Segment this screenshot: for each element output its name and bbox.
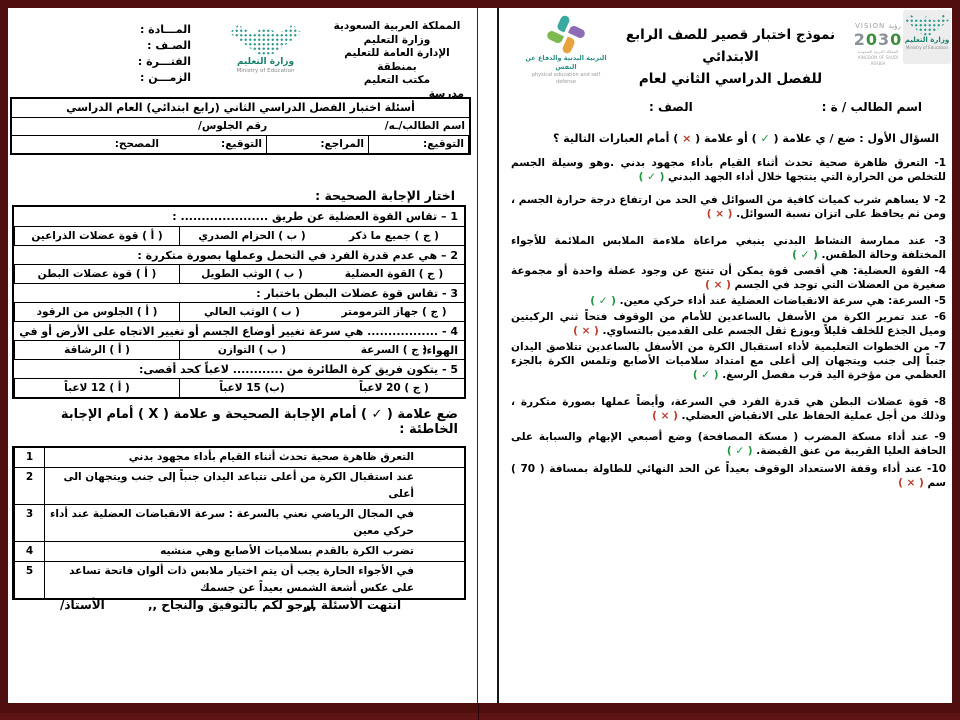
item-number: 7- xyxy=(934,341,946,353)
statement-text: تضرب الكرة بالقدم بسلاميات الأصابع وهي م… xyxy=(44,542,420,561)
item-number: 4- xyxy=(934,265,946,277)
vision-2030-logo: VISION رؤية 2030 المملكة العربية السعودي… xyxy=(851,22,905,67)
mcq-option-a: ( أ ) 12 لاعباً xyxy=(14,379,179,397)
administration-line: الإدارة العامة للتعليم بمنطقة xyxy=(326,47,468,74)
mcq-options-row: ( أ ) الجلوس من الرقود ( ب ) الوثب العال… xyxy=(14,302,464,321)
answer-cell xyxy=(420,448,464,467)
left-page-right-border xyxy=(477,8,478,703)
exam-document-screenshot: { "colors": { "check": "#1e9640", "cross… xyxy=(0,0,960,720)
signature-label-2: التوقيع: xyxy=(369,136,469,153)
good-luck-text: ارجو لكم بالتوفيق والنجاح ,, xyxy=(148,598,314,612)
left-header-fields: المـــادة : الصـف : الفتـــرة : الزمـــن… xyxy=(103,22,191,86)
ministry-logo-arabic: وزارة التعليم xyxy=(903,36,951,45)
answer-mark: ( × ) xyxy=(652,410,678,422)
statement-text: في المجال الرياضي نعني بالسرعة : سرعة ال… xyxy=(44,505,420,541)
item-text: عند أداء وقفة الاستعداد الوقوف بعيداً عن… xyxy=(511,463,946,489)
mcq-question: 3 - تقاس قوة عضلات البطن باختبار : xyxy=(14,283,464,302)
q1-pre: السؤال الأول : ضع / ي علامة ( xyxy=(770,132,939,145)
row-number: 5 xyxy=(14,562,44,598)
statement-item: 4- القوة العضلية: هي أقصى قوة يمكن أن تن… xyxy=(511,264,946,292)
bottom-frame-strip xyxy=(0,713,960,720)
period-field-label: الفتـــرة : xyxy=(103,54,191,70)
mcq-question: 1 – تقاس القوة العضلية عن طريق .........… xyxy=(14,207,464,226)
student-name-label: اسم الطالب/ـه/ xyxy=(385,118,465,135)
answer-mark: ( × ) xyxy=(898,477,924,489)
item-number: 8- xyxy=(934,396,946,408)
mcq-option-a: ( أ ) قوة عضلات الذراعين xyxy=(14,227,179,245)
item-text: التعرق ظاهرة صحية تحدث أثناء القيام بأدا… xyxy=(511,157,946,183)
student-name-label: اسم الطالب / ة : xyxy=(822,100,922,114)
statement-item: 10- عند أداء وقفة الاستعداد الوقوف بعيدا… xyxy=(511,462,946,490)
row-number: 1 xyxy=(14,448,44,467)
mcq-question: 5 - يتكون فريق كرة الطائرة من ..........… xyxy=(14,359,464,378)
item-text: قوة عضلات البطن هي قدرة الفرد في السرعة،… xyxy=(511,396,946,422)
mcq-option-c: ( ج ) جميع ما ذكر xyxy=(324,227,464,245)
truefalse-row: 2 عند استقبال الكرة من أعلى تتباعد اليدا… xyxy=(14,467,464,504)
education-office-line: مكتب التعليم xyxy=(326,74,468,88)
answer-cell xyxy=(420,542,464,561)
mcq-option-b: (ب) 15 لاعباً xyxy=(179,379,324,397)
subject-field-label: المـــادة : xyxy=(103,22,191,38)
document-sheet: المـــادة : الصـف : الفتـــرة : الزمـــن… xyxy=(8,8,952,703)
q1-post: ) أمام العبارات التالية ؟ xyxy=(553,132,682,145)
item-number: 5- xyxy=(934,295,946,307)
statement-text: التعرق ظاهرة صحية تحدث أثناء القيام بأدا… xyxy=(44,448,420,467)
mcq-options-row: ( أ ) 12 لاعباً (ب) 15 لاعباً ( ج ) 20 ل… xyxy=(14,378,464,397)
mcq-option-a: ( أ ) الجلوس من الرقود xyxy=(14,303,179,321)
kingdom-header-block: المملكة العربية السعودية وزارة التعليم ا… xyxy=(326,20,468,101)
statement-item: 8- قوة عضلات البطن هي قدرة الفرد في السر… xyxy=(511,395,946,423)
answer-mark: ( ✓ ) xyxy=(639,171,665,183)
mcq-option-c: ( ج ) جهاز الترمومتر xyxy=(324,303,464,321)
truefalse-row: 4 تضرب الكرة بالقدم بسلاميات الأصابع وهي… xyxy=(14,541,464,561)
item-number: 2- xyxy=(934,194,946,206)
statement-item: 6- عند تمرير الكرة من الأسفل بالساعدين ل… xyxy=(511,310,946,338)
row-number: 3 xyxy=(14,505,44,541)
left-page-footer: انتهت الأسئلة ,,, ارجو لكم بالتوفيق والن… xyxy=(8,598,460,618)
statement-item: 1- التعرق ظاهرة صحية تحدث أثناء القيام ب… xyxy=(511,156,946,184)
answer-mark: ( ✓ ) xyxy=(693,369,719,381)
mcq-option-a: ( أ ) الرشاقة xyxy=(14,341,179,359)
statement-item: 2- لا يساهم شرب كميات كافية من السوائل ف… xyxy=(511,193,946,221)
mcq-option-b: ( ب ) الوثب الطويل xyxy=(179,265,324,283)
ministry-logo-arabic: وزارة التعليم xyxy=(208,56,323,68)
signature-label-1: التوقيع: xyxy=(163,136,267,153)
item-text: السرعة: هي سرعة الانقباضات العضلية عند أ… xyxy=(620,295,931,307)
vision-logo-caption: المملكة العربية السعودية KINGDOM OF SAUD… xyxy=(851,49,905,67)
right-page: التربية البدنية والدفاع عن النفس physica… xyxy=(499,8,952,703)
pe-pinwheel-icon xyxy=(547,16,585,54)
item-text: من الخطوات التعليمية لأداء استقبال الكرة… xyxy=(511,341,946,381)
ministry-logo-right: وزارة التعليم Ministry of Education xyxy=(903,10,951,64)
vision-logo-year: 2030 xyxy=(851,31,905,49)
item-text: عند ممارسة النشاط البدني ينبغي مراعاة مل… xyxy=(511,235,946,261)
mcq-options-row: ( أ ) قوة عضلات البطن ( ب ) الوثب الطويل… xyxy=(14,264,464,283)
truefalse-section-heading: ضع علامة ( ✓ ) أمام الإجابة الصحيحة و عل… xyxy=(8,407,458,437)
item-number: 3- xyxy=(934,235,946,247)
mcq-section-heading: اختار الإجابة الصحيحة : xyxy=(8,188,455,203)
ministry-logo-english: Ministry of Education xyxy=(208,68,323,75)
physical-education-logo: التربية البدنية والدفاع عن النفس physica… xyxy=(523,16,609,86)
q1-mid: ) أو علامة ( xyxy=(691,132,760,145)
pe-logo-english: physical education and self defense xyxy=(523,72,609,86)
ministry-emblem-icon xyxy=(905,14,949,36)
row-number: 2 xyxy=(14,468,44,504)
mcq-option-c: ( ج ) القوة العضلية xyxy=(324,265,464,283)
truefalse-row: 1 التعرق ظاهرة صحية تحدث أثناء القيام بأ… xyxy=(14,448,464,467)
grade-field-label: الصـف : xyxy=(103,38,191,54)
item-number: 10- xyxy=(927,463,946,475)
item-number: 9- xyxy=(934,431,946,443)
row-number: 4 xyxy=(14,542,44,561)
quiz-title-line1: نموذج اختبار قصير للصف الرابع الابتدائي xyxy=(608,24,853,68)
mcq-table: 1 – تقاس القوة العضلية عن طريق .........… xyxy=(12,205,466,399)
pe-logo-arabic: التربية البدنية والدفاع عن النفس xyxy=(523,54,609,72)
mcq-question: 2 – هي عدم قدرة الفرد في التحمل وعملها ب… xyxy=(14,245,464,264)
class-label: الصف : xyxy=(649,100,693,114)
statement-text: في الأجواء الحارة يجب أن يتم اختيار ملاب… xyxy=(44,562,420,598)
check-mark-icon: ✓ xyxy=(760,132,769,145)
statement-item: 7- من الخطوات التعليمية لأداء استقبال ال… xyxy=(511,340,946,382)
mcq-option-c: ( ج ) 20 لاعباً xyxy=(324,379,464,397)
reviewer-label: المراجع: xyxy=(267,136,369,153)
answer-mark: ( ✓ ) xyxy=(727,445,753,457)
mcq-question: 4 - ................. هي سرعة تغيير أوضا… xyxy=(14,321,464,340)
ministry-logo: وزارة التعليم Ministry of Education xyxy=(208,24,323,75)
statement-item: 5- السرعة: هي سرعة الانقباضات العضلية عن… xyxy=(511,294,946,308)
answer-mark: ( × ) xyxy=(707,208,733,220)
exam-info-table: أسئلة اختبار الفصل الدراسي الثاني (رابع … xyxy=(10,97,471,155)
statement-text: عند استقبال الكرة من أعلى تتباعد اليدان … xyxy=(44,468,420,504)
corrector-label: المصحح: xyxy=(12,136,163,153)
mcq-option-c: ( ج ) السرعة xyxy=(324,341,464,359)
ministry-line: وزارة التعليم xyxy=(326,34,468,48)
statement-item: 9- عند أداء مسكة المضرب ( مسكة المصافحة)… xyxy=(511,430,946,458)
questions-ended-text: انتهت الأسئلة ,,, xyxy=(303,598,401,612)
ministry-logo-english: Ministry of Education xyxy=(903,45,951,50)
seat-number-label: رقم الجلوس/ xyxy=(198,118,267,135)
truefalse-table: 1 التعرق ظاهرة صحية تحدث أثناء القيام بأ… xyxy=(12,446,466,600)
statement-item: 3- عند ممارسة النشاط البدني ينبغي مراعاة… xyxy=(511,234,946,262)
time-field-label: الزمـــن : xyxy=(103,70,191,86)
question-one-heading: السؤال الأول : ضع / ي علامة ( ✓ ) أو علا… xyxy=(499,132,939,145)
mcq-option-b: ( ب ) الوثب العالي xyxy=(179,303,324,321)
answer-cell xyxy=(420,505,464,541)
cross-mark-icon: × xyxy=(682,132,691,145)
exam-title: أسئلة اختبار الفصل الدراسي الثاني (رابع … xyxy=(12,99,469,117)
ministry-emblem-icon xyxy=(230,24,302,56)
answer-cell xyxy=(420,468,464,504)
statements-list: 1- التعرق ظاهرة صحية تحدث أثناء القيام ب… xyxy=(511,156,946,496)
page-divider-tail xyxy=(478,703,479,720)
mcq-option-a: ( أ ) قوة عضلات البطن xyxy=(14,265,179,283)
answer-mark: ( ✓ ) xyxy=(590,295,616,307)
answer-mark: ( ✓ ) xyxy=(792,249,818,261)
student-info-line: اسم الطالب / ة : الصف : xyxy=(499,100,944,116)
item-number: 6- xyxy=(934,311,946,323)
answer-cell xyxy=(420,562,464,598)
kingdom-line: المملكة العربية السعودية xyxy=(326,20,468,34)
quiz-title: نموذج اختبار قصير للصف الرابع الابتدائي … xyxy=(608,24,853,90)
mcq-option-b: ( ب ) التوازن xyxy=(179,341,324,359)
truefalse-row: 5 في الأجواء الحارة يجب أن يتم اختيار مل… xyxy=(14,561,464,598)
teacher-label: الأستاذ/ xyxy=(60,598,105,612)
item-number: 1- xyxy=(934,157,946,169)
student-info-row: اسم الطالب/ـه/ رقم الجلوس/ xyxy=(12,117,469,135)
corrector-row: المصحح: التوقيع: المراجع: التوقيع: xyxy=(12,135,469,153)
quiz-title-line2: للفصل الدراسي الثاني لعام xyxy=(608,68,853,90)
mcq-options-row: ( أ ) قوة عضلات الذراعين ( ب ) الحزام ال… xyxy=(14,226,464,245)
answer-mark: ( × ) xyxy=(705,279,731,291)
answer-mark: ( × ) xyxy=(573,325,599,337)
mcq-options-row: ( أ ) الرشاقة ( ب ) التوازن ( ج ) السرعة xyxy=(14,340,464,359)
mcq-option-b: ( ب ) الحزام الصدري xyxy=(179,227,324,245)
truefalse-row: 3 في المجال الرياضي نعني بالسرعة : سرعة … xyxy=(14,504,464,541)
